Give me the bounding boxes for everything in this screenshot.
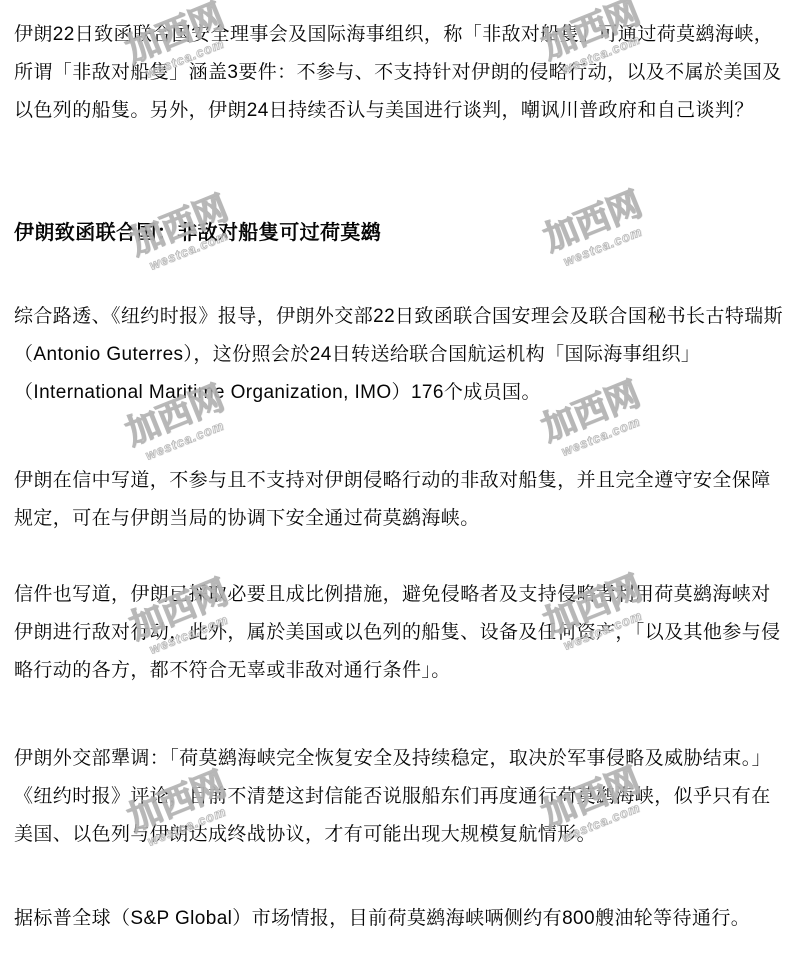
- article-paragraph: 伊朗在信中写道，不参与且不支持对伊朗侵略行动的非敌对船隻，并且完全遵守安全保障规…: [14, 462, 788, 538]
- article-paragraph: 综合路透、《纽约时报》报导，伊朗外交部22日致函联合国安理会及联合国秘书长古特瑞…: [14, 298, 788, 412]
- article-paragraph: 《纽约时报》评论，目前不清楚这封信能否说服船东们再度通行荷莫鹚海峡，似乎只有在美…: [14, 778, 788, 854]
- watermark-site-url: westca.com: [537, 404, 665, 467]
- article-paragraph: 信件也写道，伊朗已採取必要且成比例措施，避免侵略者及支持侵略者利用荷莫鹚海峡对伊…: [14, 576, 788, 690]
- watermark-site-url: westca.com: [609, 0, 737, 6]
- article-page: 加西网 westca.com 加西网 westca.com 加西网 westca…: [0, 0, 800, 976]
- section-heading: 伊朗致函联合国：非敌对船隻可过荷莫鹚: [14, 214, 788, 252]
- article-paragraph: 据标普全球（S&P Global）市场情报，目前荷莫鹚海峡唡侧约有800艘油轮等…: [14, 900, 788, 938]
- article-paragraph: 伊朗外交部犟调：「荷莫鹚海峡完全恢复安全及持续稳定，取决於军事侵略及威胁结束。」: [14, 740, 788, 778]
- lead-paragraph: 伊朗22日致函联合国安全理事会及国际海事组织，称「非敌对船隻」可通过荷莫鹚海峡，…: [14, 16, 788, 130]
- site-watermark: 加西网 westca.com: [595, 0, 736, 6]
